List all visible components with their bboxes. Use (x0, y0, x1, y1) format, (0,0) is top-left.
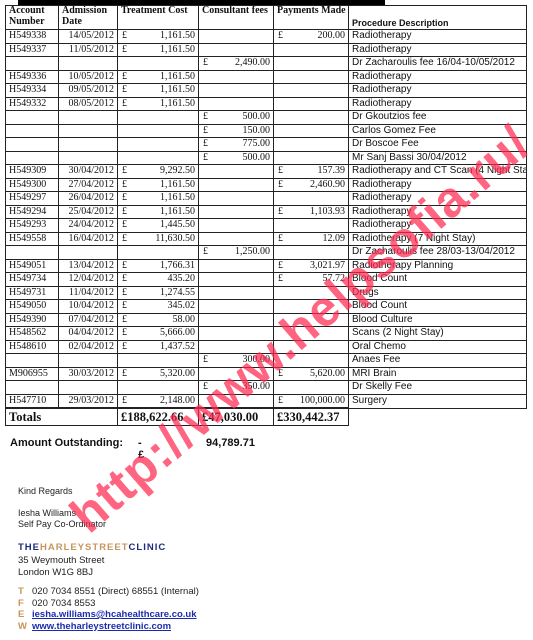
table-row: H54929324/04/2012£1,445.50Radiotherapy (6, 219, 527, 233)
procedure-description-cell: Dr Boscoe Fee (349, 138, 527, 152)
payment-cell (274, 192, 349, 206)
account-number-cell (6, 138, 59, 152)
treatment-cost-cell: £2,148.00 (118, 394, 199, 408)
procedure-description-cell: MRI Brain (349, 367, 527, 381)
procedure-description-cell: Scans (2 Night Stay) (349, 327, 527, 341)
consultant-fee-cell (199, 300, 274, 314)
currency-symbol: £ (203, 125, 208, 137)
account-number-cell: M906955 (6, 367, 59, 381)
header-procedure-description: Procedure Description (349, 6, 527, 30)
table-row: H54955816/04/2012£11,630.50£12.09Radioth… (6, 232, 527, 246)
consultant-fee-cell (199, 43, 274, 57)
currency-symbol: £ (122, 233, 127, 245)
account-number-cell: H547710 (6, 394, 59, 408)
procedure-description-cell: Radiotherapy (7 Night Stay) (349, 232, 527, 246)
admission-date-cell: 07/04/2012 (59, 313, 118, 327)
payment-cell (274, 381, 349, 395)
currency-symbol: £ (122, 98, 127, 110)
consultant-fee-cell: £775.00 (199, 138, 274, 152)
treatment-cost-cell-value: 1,161.50 (160, 84, 195, 95)
table-row: £775.00Dr Boscoe Fee (6, 138, 527, 152)
table-row: H54929425/04/2012£1,161.50£1,103.93Radio… (6, 205, 527, 219)
treatment-cost-cell-value: 1,161.50 (160, 98, 195, 109)
totals-treatment-cost: £188,622.66 (118, 408, 199, 426)
payment-cell (274, 286, 349, 300)
currency-symbol: £ (122, 165, 127, 177)
payment-cell: £5,620.00 (274, 367, 349, 381)
payment-cell-value: 100,000.00 (300, 395, 345, 406)
currency-symbol: £ (122, 44, 127, 56)
payment-cell: £200.00 (274, 30, 349, 44)
treatment-cost-cell-value: 58.00 (173, 314, 196, 325)
account-number-cell: H549309 (6, 165, 59, 179)
admission-date-cell (59, 246, 118, 260)
treatment-cost-cell-value: 2,148.00 (160, 395, 195, 406)
admission-date-cell: 08/05/2012 (59, 97, 118, 111)
admission-date-cell: 25/04/2012 (59, 205, 118, 219)
consultant-fee-cell: £2,490.00 (199, 57, 274, 71)
currency-symbol: £ (203, 354, 208, 366)
totals-label: Totals (6, 408, 59, 426)
consultant-fee-cell-value: 500.00 (243, 152, 271, 163)
procedure-description-cell: Mr Sanj Bassi 30/04/2012 (349, 151, 527, 165)
totals-spacer (59, 408, 118, 426)
table-row: £500.00Mr Sanj Bassi 30/04/2012 (6, 151, 527, 165)
consultant-fee-cell (199, 232, 274, 246)
header-account-number: Account Number (6, 6, 59, 30)
account-number-cell: H549731 (6, 286, 59, 300)
account-number-cell: H549332 (6, 97, 59, 111)
payment-cell (274, 151, 349, 165)
admission-date-cell: 10/04/2012 (59, 300, 118, 314)
account-number-cell (6, 111, 59, 125)
totals-row: Totals £188,622.66 £47,030.00 £330,442.3… (6, 408, 527, 426)
currency-symbol: £ (122, 84, 127, 96)
consultant-fee-cell (199, 327, 274, 341)
address-line-1: 35 Weymouth Street (18, 555, 104, 567)
currency-symbol: £ (203, 138, 208, 150)
signatory-title: Self Pay Co-Ordinator (18, 519, 106, 530)
consultant-fee-cell: £500.00 (199, 151, 274, 165)
account-number-cell (6, 354, 59, 368)
treatment-cost-cell (118, 111, 199, 125)
procedure-description-cell: Radiotherapy and CT Scan (4 Night Stay) (349, 165, 527, 179)
admission-date-cell: 26/04/2012 (59, 192, 118, 206)
admission-date-cell (59, 151, 118, 165)
currency-symbol: £ (278, 368, 283, 380)
consultant-fee-cell (199, 97, 274, 111)
payment-cell: £100,000.00 (274, 394, 349, 408)
outstanding-currency: -£ (138, 437, 144, 461)
table-row: H54905113/04/2012£1,766.31£3,021.97Radio… (6, 259, 527, 273)
treatment-cost-cell: £1,161.50 (118, 205, 199, 219)
procedure-description-cell: Oral Chemo (349, 340, 527, 354)
admission-date-cell: 11/04/2012 (59, 286, 118, 300)
table-row: H54856204/04/2012£5,666.00Scans (2 Night… (6, 327, 527, 341)
treatment-cost-cell: £1,161.50 (118, 70, 199, 84)
treatment-cost-cell-value: 1,445.50 (160, 219, 195, 230)
admission-date-cell: 16/04/2012 (59, 232, 118, 246)
consultant-fee-cell (199, 70, 274, 84)
account-number-cell: H549336 (6, 70, 59, 84)
payment-cell-value: 3,021.97 (310, 260, 345, 271)
payment-cell (274, 354, 349, 368)
treatment-cost-cell-value: 1,161.50 (160, 192, 195, 203)
treatment-cost-cell: £58.00 (118, 313, 199, 327)
currency-symbol: £ (278, 165, 283, 177)
clinic-logo-text: THEHARLEYSTREETCLINIC (18, 542, 166, 553)
consultant-fee-cell (199, 340, 274, 354)
consultant-fee-cell (199, 165, 274, 179)
currency-symbol: £ (203, 246, 208, 258)
account-number-cell: H549558 (6, 232, 59, 246)
currency-symbol: £ (122, 368, 127, 380)
payment-cell (274, 70, 349, 84)
totals-empty (349, 408, 527, 426)
treatment-cost-cell: £1,161.50 (118, 97, 199, 111)
payment-cell (274, 246, 349, 260)
contact-key: E (18, 609, 32, 621)
payment-cell (274, 84, 349, 98)
payment-cell (274, 111, 349, 125)
account-number-cell (6, 124, 59, 138)
admission-date-cell (59, 138, 118, 152)
currency-symbol: £ (122, 71, 127, 83)
table-row: H54930930/04/2012£9,292.50£157.39Radioth… (6, 165, 527, 179)
consultant-fee-cell (199, 286, 274, 300)
consultant-fee-cell: £350.00 (199, 381, 274, 395)
currency-symbol: £ (278, 273, 283, 285)
table-row: £2,490.00Dr Zacharoulis fee 16/04-10/05/… (6, 57, 527, 71)
treatment-cost-cell: £1,161.50 (118, 84, 199, 98)
procedure-description-cell: Dr Zacharoulis fee 16/04-10/05/2012 (349, 57, 527, 71)
treatment-cost-cell: £1,437.52 (118, 340, 199, 354)
currency-symbol: £ (122, 300, 127, 312)
consultant-fee-cell (199, 30, 274, 44)
currency-symbol: £ (203, 381, 208, 393)
currency-symbol: £ (122, 206, 127, 218)
consultant-fee-cell-value: 150.00 (243, 125, 271, 136)
procedure-description-cell: Surgery (349, 394, 527, 408)
currency-symbol: £ (278, 179, 283, 191)
currency-symbol: £ (278, 206, 283, 218)
closing-text: Kind Regards (18, 486, 73, 497)
payment-cell (274, 138, 349, 152)
currency-symbol: £ (122, 192, 127, 204)
phone-number: 020 7034 8551 (Direct) 68551 (Internal) (32, 586, 199, 598)
table-body: H54933814/05/2012£1,161.50£200.00Radioth… (6, 30, 527, 409)
procedure-description-cell: Blood Count (349, 300, 527, 314)
table-row: H54939007/04/2012£58.00Blood Culture (6, 313, 527, 327)
admission-date-cell: 11/05/2012 (59, 43, 118, 57)
account-number-cell: H549337 (6, 43, 59, 57)
currency-symbol: £ (122, 395, 127, 407)
procedure-description-cell: Anaes Fee (349, 354, 527, 368)
billing-table: Account Number Admission Date Treatment … (5, 5, 527, 426)
payment-cell-value: 200.00 (318, 30, 346, 41)
header-treatment-cost: Treatment Cost (118, 6, 199, 30)
account-number-cell: H549300 (6, 178, 59, 192)
treatment-cost-cell (118, 354, 199, 368)
treatment-cost-cell-value: 345.02 (168, 300, 196, 311)
treatment-cost-cell: £1,766.31 (118, 259, 199, 273)
treatment-cost-cell-value: 1,161.50 (160, 71, 195, 82)
treatment-cost-cell: £1,161.50 (118, 30, 199, 44)
table-row: H54771029/03/2012£2,148.00£100,000.00Sur… (6, 394, 527, 408)
clinic-name-clinic: CLINIC (129, 542, 167, 553)
admission-date-cell: 30/04/2012 (59, 165, 118, 179)
treatment-cost-cell: £1,161.50 (118, 192, 199, 206)
payment-cell-value: 12.09 (323, 233, 346, 244)
procedure-description-cell: Radiotherapy Planning (349, 259, 527, 273)
payment-cell: £57.72 (274, 273, 349, 287)
currency-symbol: £ (278, 233, 283, 245)
treatment-cost-cell-value: 435.20 (168, 273, 196, 284)
treatment-cost-cell: £5,666.00 (118, 327, 199, 341)
admission-date-cell (59, 124, 118, 138)
treatment-cost-cell (118, 57, 199, 71)
procedure-description-cell: Blood Culture (349, 313, 527, 327)
currency-symbol: £ (122, 179, 127, 191)
consultant-fee-cell: £300.00 (199, 354, 274, 368)
header-admission-date: Admission Date (59, 6, 118, 30)
treatment-cost-cell (118, 151, 199, 165)
procedure-description-cell: Radiotherapy (349, 43, 527, 57)
outstanding-label: Amount Outstanding: (10, 437, 123, 449)
admission-date-cell: 14/05/2012 (59, 30, 118, 44)
contact-row: Wwww.theharleystreetclinic.com (18, 621, 199, 633)
treatment-cost-cell: £345.02 (118, 300, 199, 314)
fax-number: 020 7034 8553 (32, 598, 95, 610)
account-number-cell: H548610 (6, 340, 59, 354)
payment-cell: £12.09 (274, 232, 349, 246)
currency-symbol: £ (122, 219, 127, 231)
consultant-fee-cell: £500.00 (199, 111, 274, 125)
procedure-description-cell: Radiotherapy (349, 30, 527, 44)
admission-date-cell: 04/04/2012 (59, 327, 118, 341)
procedure-description-cell: Drugs (349, 286, 527, 300)
account-number-cell: H548562 (6, 327, 59, 341)
payment-cell: £1,103.93 (274, 205, 349, 219)
account-number-cell (6, 381, 59, 395)
outstanding-value: 94,789.71 (206, 437, 255, 449)
table-row: £1,250.00Dr Zacharoulis fee 28/03-13/04/… (6, 246, 527, 260)
admission-date-cell (59, 111, 118, 125)
account-number-cell: H549050 (6, 300, 59, 314)
procedure-description-cell: Dr Skelly Fee (349, 381, 527, 395)
account-number-cell: H549297 (6, 192, 59, 206)
treatment-cost-cell: £435.20 (118, 273, 199, 287)
treatment-cost-cell (118, 381, 199, 395)
procedure-description-cell: Dr Zacharoulis fee 28/03-13/04/2012 (349, 246, 527, 260)
header-consultant-fees: Consultant fees (199, 6, 274, 30)
currency-symbol: £ (278, 30, 283, 42)
treatment-cost-cell-value: 1,766.31 (160, 260, 195, 271)
treatment-cost-cell-value: 9,292.50 (160, 165, 195, 176)
payment-cell (274, 57, 349, 71)
treatment-cost-cell-value: 5,666.00 (160, 327, 195, 338)
treatment-cost-cell: £1,161.50 (118, 43, 199, 57)
currency-symbol: £ (203, 152, 208, 164)
contact-row: F020 7034 8553 (18, 598, 199, 610)
address-line-2: London W1G 8BJ (18, 567, 104, 579)
consultant-fee-cell-value: 2,490.00 (235, 57, 270, 68)
admission-date-cell: 27/04/2012 (59, 178, 118, 192)
header-payments-made: Payments Made (274, 6, 349, 30)
table-row: £500.00Dr Gkoutzios fee (6, 111, 527, 125)
treatment-cost-cell (118, 138, 199, 152)
consultant-fee-cell-value: 300.00 (243, 354, 271, 365)
consultant-fee-cell (199, 394, 274, 408)
table-row: H54973412/04/2012£435.20£57.72Blood Coun… (6, 273, 527, 287)
payment-cell: £3,021.97 (274, 259, 349, 273)
payment-cell-value: 2,460.90 (310, 179, 345, 190)
payment-cell-value: 5,620.00 (310, 368, 345, 379)
totals-consultant-fees: £47,030.00 (199, 408, 274, 426)
payment-cell (274, 124, 349, 138)
clinic-name-the: THE (18, 542, 40, 553)
table-row: H54973111/04/2012£1,274.55Drugs (6, 286, 527, 300)
currency-symbol: £ (122, 30, 127, 42)
table-row: M90695530/03/2012£5,320.00£5,620.00MRI B… (6, 367, 527, 381)
account-number-cell (6, 151, 59, 165)
currency-symbol: £ (278, 395, 283, 407)
consultant-fee-cell-value: 350.00 (243, 381, 271, 392)
currency-symbol: £ (122, 260, 127, 272)
payment-cell: £2,460.90 (274, 178, 349, 192)
account-number-cell: H549734 (6, 273, 59, 287)
currency-symbol: £ (122, 273, 127, 285)
table-header-row: Account Number Admission Date Treatment … (6, 6, 527, 30)
contact-key: T (18, 586, 32, 598)
currency-symbol: £ (122, 341, 127, 353)
admission-date-cell (59, 381, 118, 395)
admission-date-cell (59, 57, 118, 71)
payment-cell: £157.39 (274, 165, 349, 179)
website-link[interactable]: www.theharleystreetclinic.com (32, 621, 171, 633)
signatory-name: Iesha Williams (18, 508, 76, 519)
payment-cell (274, 300, 349, 314)
treatment-cost-cell-value: 1,161.50 (160, 206, 195, 217)
currency-symbol: £ (203, 57, 208, 69)
table-row: H54861002/04/2012£1,437.52Oral Chemo (6, 340, 527, 354)
procedure-description-cell: Radiotherapy (349, 84, 527, 98)
treatment-cost-cell-value: 5,320.00 (160, 368, 195, 379)
treatment-cost-cell: £5,320.00 (118, 367, 199, 381)
treatment-cost-cell (118, 124, 199, 138)
payment-cell-value: 157.39 (318, 165, 346, 176)
consultant-fee-cell-value: 1,250.00 (235, 246, 270, 257)
contact-key: F (18, 598, 32, 610)
procedure-description-cell: Radiotherapy (349, 192, 527, 206)
contact-row: T020 7034 8551 (Direct) 68551 (Internal) (18, 586, 199, 598)
payment-cell-value: 1,103.93 (310, 206, 345, 217)
table-row: H54929726/04/2012£1,161.50Radiotherapy (6, 192, 527, 206)
procedure-description-cell: Radiotherapy (349, 178, 527, 192)
table-row: H54905010/04/2012£345.02Blood Count (6, 300, 527, 314)
currency-symbol: £ (122, 287, 127, 299)
account-number-cell: H549294 (6, 205, 59, 219)
consultant-fee-cell (199, 367, 274, 381)
table-row: £300.00Anaes Fee (6, 354, 527, 368)
payment-cell (274, 313, 349, 327)
currency-symbol: £ (203, 111, 208, 123)
currency-symbol: £ (122, 327, 127, 339)
table-row: H54930027/04/2012£1,161.50£2,460.90Radio… (6, 178, 527, 192)
table-row: H54933409/05/2012£1,161.50Radiotherapy (6, 84, 527, 98)
treatment-cost-cell: £1,274.55 (118, 286, 199, 300)
consultant-fee-cell: £1,250.00 (199, 246, 274, 260)
currency-symbol: £ (122, 314, 127, 326)
procedure-description-cell: Blood Count (349, 273, 527, 287)
email-link[interactable]: iesha.williams@hcahealthcare.co.uk (32, 609, 197, 621)
admission-date-cell: 02/04/2012 (59, 340, 118, 354)
consultant-fee-cell-value: 775.00 (243, 138, 271, 149)
procedure-description-cell: Radiotherapy (349, 97, 527, 111)
table-row: £350.00Dr Skelly Fee (6, 381, 527, 395)
procedure-description-cell: Radiotherapy (349, 205, 527, 219)
procedure-description-cell: Dr Gkoutzios fee (349, 111, 527, 125)
procedure-description-cell: Radiotherapy (349, 70, 527, 84)
table-row: £150.00Carlos Gomez Fee (6, 124, 527, 138)
admission-date-cell: 12/04/2012 (59, 273, 118, 287)
admission-date-cell (59, 354, 118, 368)
consultant-fee-cell (199, 192, 274, 206)
consultant-fee-cell (199, 178, 274, 192)
procedure-description-cell: Radiotherapy (349, 219, 527, 233)
admission-date-cell: 10/05/2012 (59, 70, 118, 84)
payment-cell-value: 57.72 (323, 273, 346, 284)
account-number-cell: H549334 (6, 84, 59, 98)
consultant-fee-cell (199, 273, 274, 287)
table-row: H54933814/05/2012£1,161.50£200.00Radioth… (6, 30, 527, 44)
table-row: H54933208/05/2012£1,161.50Radiotherapy (6, 97, 527, 111)
treatment-cost-cell: £11,630.50 (118, 232, 199, 246)
treatment-cost-cell: £9,292.50 (118, 165, 199, 179)
treatment-cost-cell-value: 1,161.50 (160, 179, 195, 190)
payment-cell (274, 97, 349, 111)
totals-payments-made: £330,442.37 (274, 408, 349, 426)
payment-cell (274, 219, 349, 233)
treatment-cost-cell-value: 1,437.52 (160, 341, 195, 352)
consultant-fee-cell-value: 500.00 (243, 111, 271, 122)
currency-symbol: £ (278, 260, 283, 272)
contact-key: W (18, 621, 32, 633)
consultant-fee-cell (199, 84, 274, 98)
admission-date-cell: 30/03/2012 (59, 367, 118, 381)
clinic-address: 35 Weymouth Street London W1G 8BJ (18, 555, 104, 578)
admission-date-cell: 24/04/2012 (59, 219, 118, 233)
account-number-cell: H549051 (6, 259, 59, 273)
consultant-fee-cell (199, 259, 274, 273)
consultant-fee-cell (199, 219, 274, 233)
consultant-fee-cell (199, 313, 274, 327)
treatment-cost-cell-value: 11,630.50 (155, 233, 195, 244)
clinic-name-harleystreet: HARLEYSTREET (40, 542, 129, 553)
treatment-cost-cell-value: 1,161.50 (160, 44, 195, 55)
treatment-cost-cell: £1,161.50 (118, 178, 199, 192)
table-row: H54933610/05/2012£1,161.50Radiotherapy (6, 70, 527, 84)
treatment-cost-cell (118, 246, 199, 260)
admission-date-cell: 09/05/2012 (59, 84, 118, 98)
treatment-cost-cell: £1,445.50 (118, 219, 199, 233)
payment-cell (274, 327, 349, 341)
procedure-description-cell: Carlos Gomez Fee (349, 124, 527, 138)
account-number-cell: H549390 (6, 313, 59, 327)
consultant-fee-cell (199, 205, 274, 219)
account-number-cell (6, 246, 59, 260)
admission-date-cell: 29/03/2012 (59, 394, 118, 408)
